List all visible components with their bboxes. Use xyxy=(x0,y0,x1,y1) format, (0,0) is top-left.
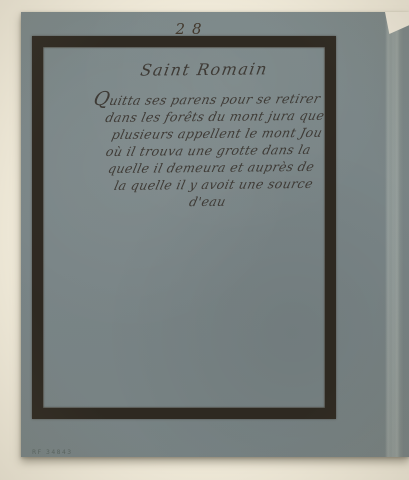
manuscript-title: Saint Romain xyxy=(62,59,347,81)
folio-number: 28 xyxy=(160,20,224,38)
manuscript-text-block: Saint Romain Quitta ses parens pour se r… xyxy=(63,59,347,212)
page-edge-wear-strip xyxy=(385,12,403,457)
scanned-document-view: { "page": { "folio_number": "28", "inscr… xyxy=(0,0,409,480)
manuscript-line: d'eau xyxy=(65,191,351,211)
inventory-inscription: RF 34843 xyxy=(32,449,73,456)
